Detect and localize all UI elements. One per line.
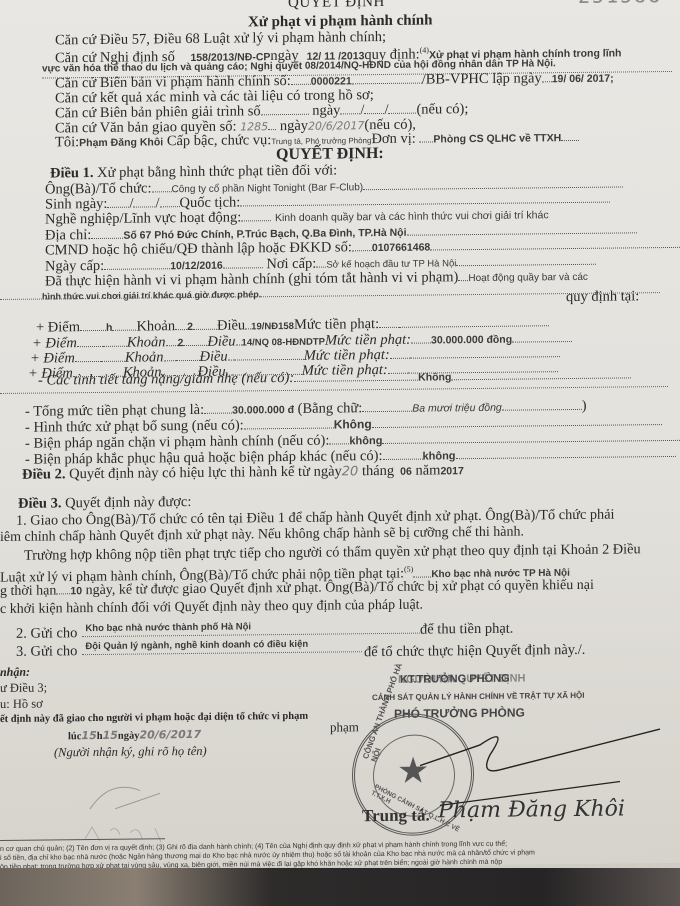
penalty-dieu: 14/NQ 08-HĐNDTP — [242, 337, 325, 349]
signer-rank: Trung tá. — [362, 808, 430, 825]
additional-value: Không — [334, 417, 372, 431]
delivery-date: 20/6/2017 — [139, 728, 201, 742]
officer-unit: Phòng CS QLHC về TTXH — [433, 132, 561, 145]
violation-value: Hoạt động quầy bar và các — [468, 272, 588, 284]
send-to-team: 3. Gửi choĐội Quản lý ngành, nghề kinh d… — [16, 637, 308, 660]
record-number: 0000221 — [311, 75, 352, 87]
officer-name: Phạm Đăng Khôi — [79, 136, 163, 149]
desk-background — [0, 868, 680, 906]
pay-days: 10 — [70, 585, 82, 597]
issue-date: 10/12/2016 — [170, 260, 223, 273]
record-date: 19/ 06/ 2017; — [552, 73, 614, 86]
doc-title: QUYẾT ĐỊNH — [288, 0, 385, 11]
doc-subtitle: Xử phạt vi phạm hành chính — [248, 12, 433, 30]
regulated-at: quy định tại: — [566, 288, 639, 305]
recipients-heading: nhận: — [0, 664, 30, 680]
recipient-1: ư Điều 3; — [0, 680, 47, 696]
send2-recipient: Kho bạc nhà nước thành phố Hà Nội — [85, 621, 251, 634]
receiver-note: (Người nhận ký, ghi rõ họ tên) — [54, 743, 207, 761]
document-page: QUYẾT ĐỊNH 251588 Xử phạt vi phạm hành c… — [0, 0, 680, 870]
signature-overprint-secondary: NGƯỜI RA QUYẾT ĐỊNH — [398, 670, 526, 687]
signer-name: Phạm Đăng Khôi — [438, 801, 625, 819]
delivery-text: ết định này đã giao cho người vi phạm ho… — [0, 709, 308, 728]
send2-purpose: để thu tiền phạt. — [420, 621, 513, 638]
decision-heading: QUYẾT ĐỊNH: — [276, 146, 384, 163]
penalty-dieu: 19/NĐ158 — [251, 321, 294, 332]
send3-recipient: Đội Quản lý ngành, nghề kinh doanh có đi… — [85, 639, 308, 652]
penalty-fine: 30.000.000 đồng — [431, 334, 512, 347]
serial-number: 251588 — [578, 0, 662, 4]
effective-month: 06 — [400, 466, 412, 478]
delivery-minute: 15 — [103, 729, 118, 742]
prevention-value: không — [349, 435, 382, 447]
remedy-value: không — [423, 450, 456, 462]
violation-value-continued: hình thức vui chơi giải trí khác quá giờ… — [42, 286, 261, 304]
effective-year: 2017 — [440, 465, 463, 477]
delivery-hour: 15 — [81, 729, 96, 742]
article-2: Điều 2. Quyết định này có hiệu lực thi h… — [22, 462, 464, 484]
id-value: 0107661468 — [372, 241, 430, 254]
total-value: 30.000.000 đ — [232, 404, 294, 417]
article-3-para2-line4: c khởi kiện hành chính đối với Quyết địn… — [0, 598, 423, 618]
effective-day: 20 — [342, 464, 359, 479]
receiver-signature-icon — [80, 767, 240, 849]
article-3: Điều 3. Quyết định này được: — [18, 494, 191, 512]
circumstances-value: Không — [418, 371, 451, 383]
total-in-words: Ba mươi triệu đồng — [412, 402, 501, 415]
recipient-2: u: Hồ sơ — [0, 696, 43, 712]
